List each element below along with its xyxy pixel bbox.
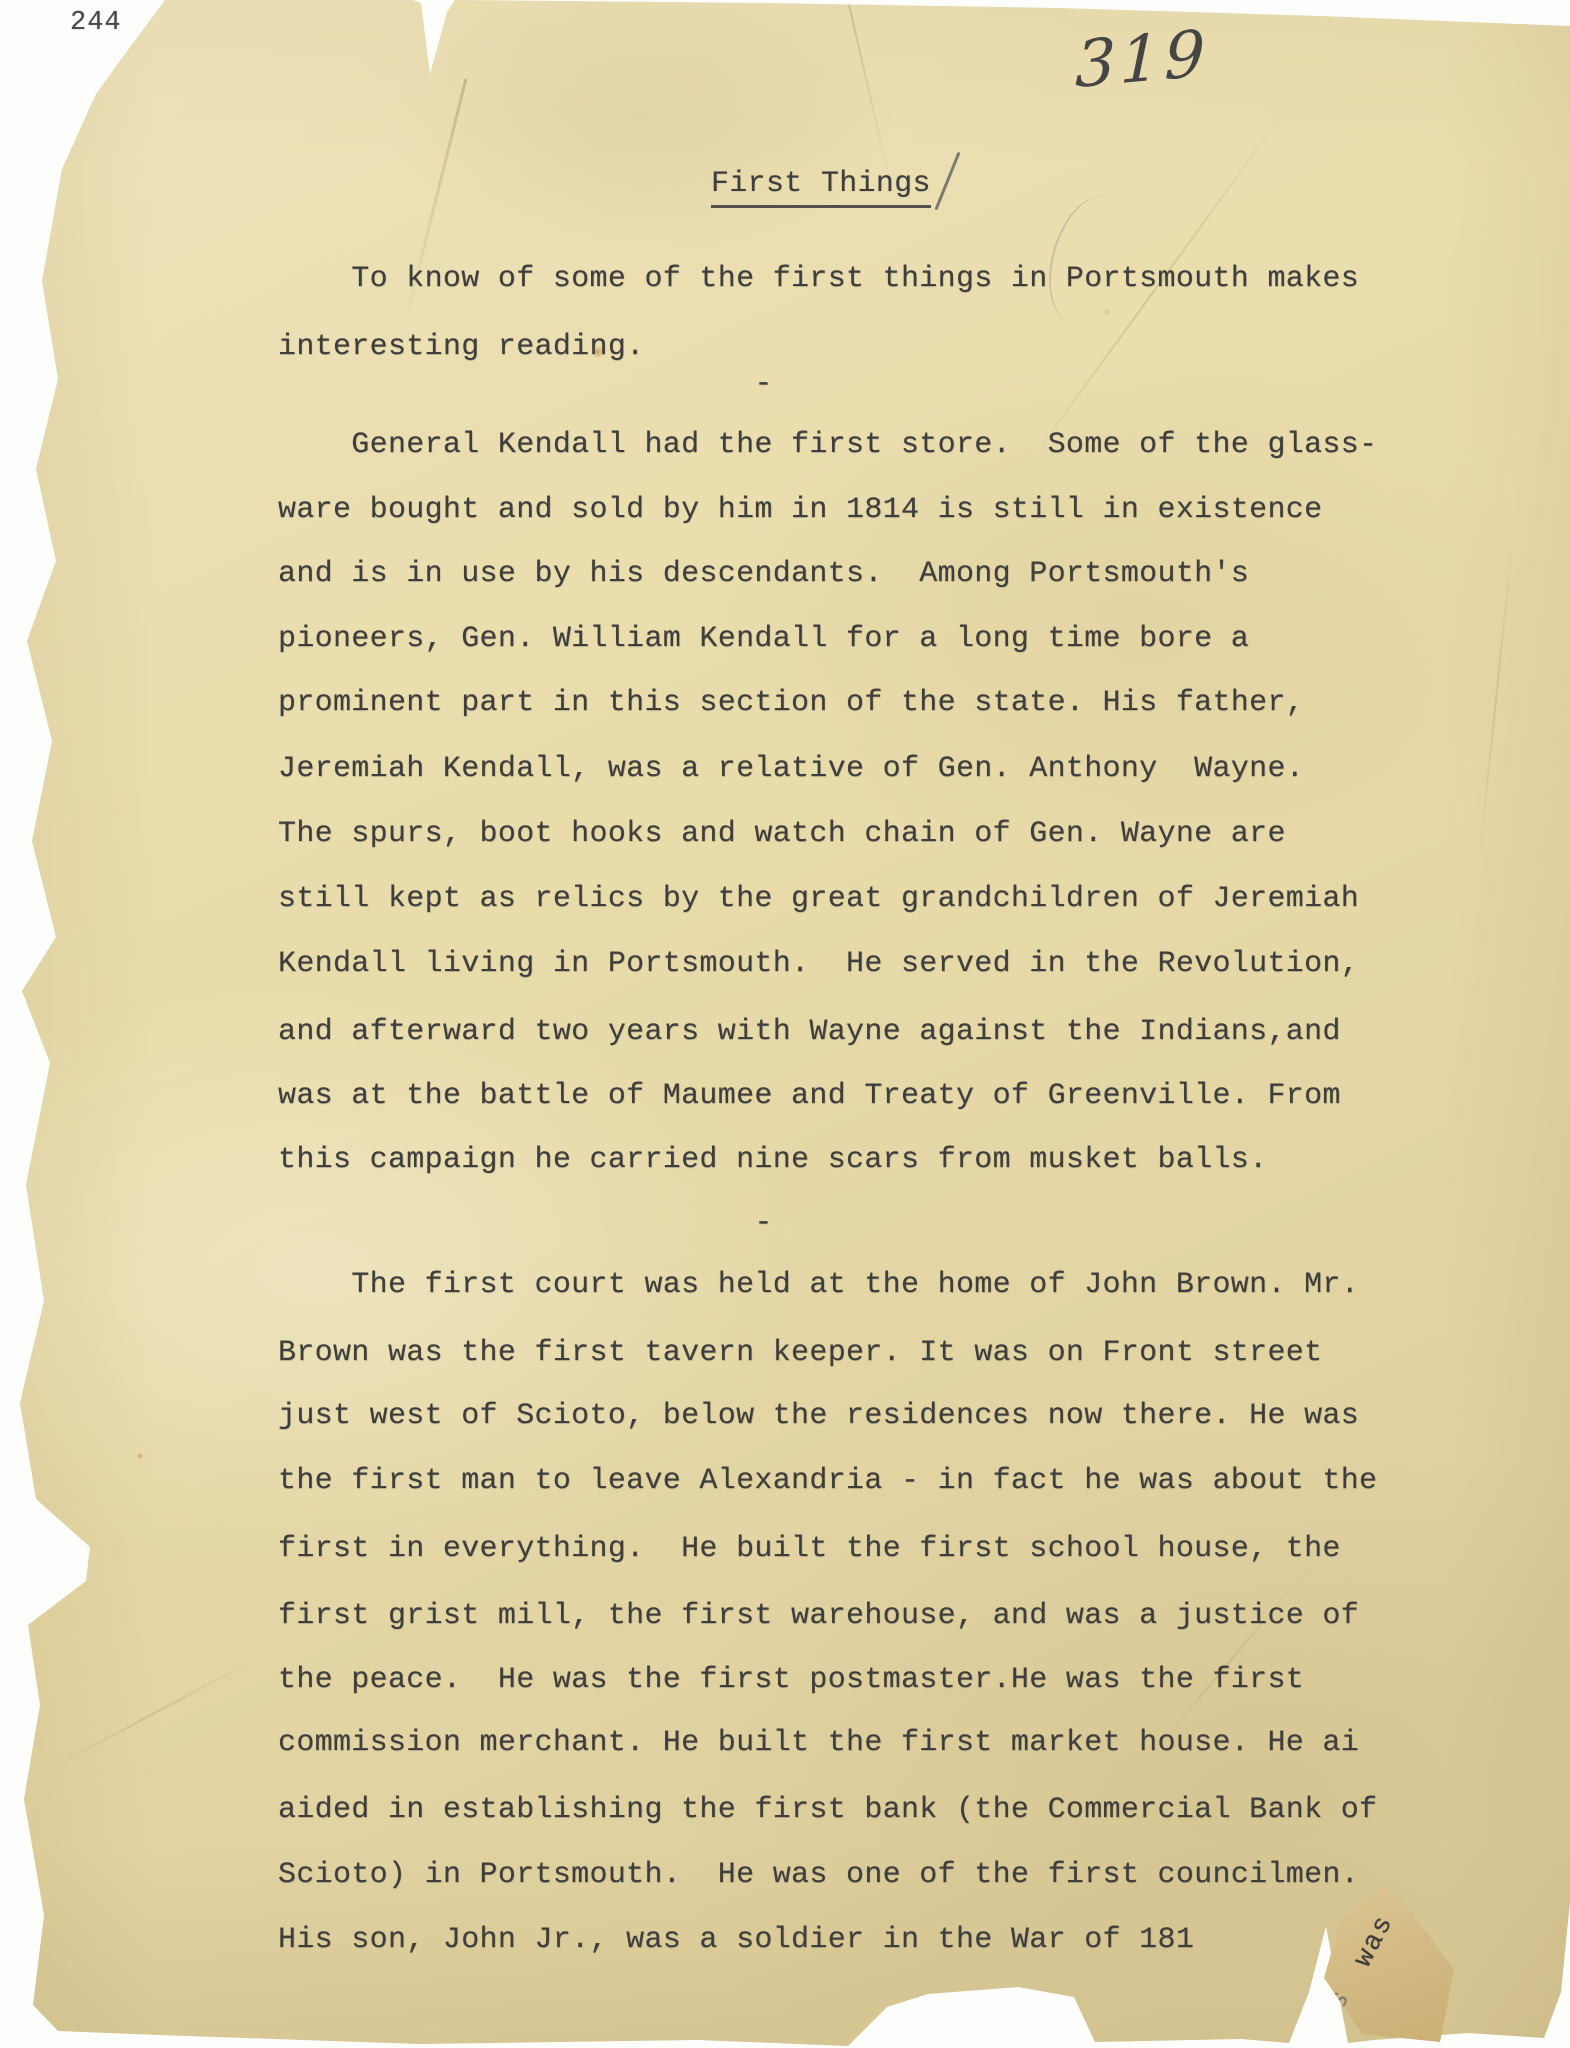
- typed-line: just west of Scioto, below the residence…: [278, 1400, 1359, 1432]
- paper-sheet: 319 First Things To know of some of the …: [0, 0, 1570, 2048]
- typed-line: -: [278, 368, 773, 400]
- typed-line: Kendall living in Portsmouth. He served …: [278, 948, 1359, 980]
- typed-line: General Kendall had the first store. Som…: [278, 429, 1377, 461]
- typed-line: commission merchant. He built the first …: [278, 1727, 1359, 1759]
- typed-line: the first man to leave Alexandria - in f…: [278, 1465, 1377, 1497]
- typed-line: To know of some of the first things in P…: [278, 263, 1359, 295]
- typed-line: and afterward two years with Wayne again…: [278, 1016, 1341, 1048]
- typed-line: aided in establishing the first bank (th…: [278, 1794, 1377, 1826]
- typed-line: The first court was held at the home of …: [278, 1269, 1359, 1301]
- typed-line: first grist mill, the first warehouse, a…: [278, 1600, 1359, 1632]
- typed-line: was at the battle of Maumee and Treaty o…: [278, 1080, 1341, 1112]
- fragment-text: was: [1351, 1911, 1400, 1972]
- typed-line: -: [278, 1207, 773, 1239]
- typed-line: prominent part in this section of the st…: [278, 687, 1304, 719]
- typed-line: interesting reading.: [278, 331, 644, 363]
- typed-line: this campaign he carried nine scars from…: [278, 1144, 1267, 1176]
- typed-body: To know of some of the first things in P…: [0, 0, 1570, 2048]
- typed-line: His son, John Jr., was a soldier in the …: [278, 1924, 1194, 1956]
- typed-line: still kept as relics by the great grandc…: [278, 883, 1359, 915]
- typed-line: ware bought and sold by him in 1814 is s…: [278, 494, 1322, 526]
- typed-line: Jeremiah Kendall, was a relative of Gen.…: [278, 753, 1304, 785]
- typed-line: The spurs, boot hooks and watch chain of…: [278, 818, 1286, 850]
- document-scan: 244 319 First Things To know of some of …: [0, 0, 1570, 2048]
- fragment-text-partial: s: [1322, 1985, 1356, 2016]
- typed-line: first in everything. He built the first …: [278, 1533, 1341, 1565]
- typed-line: and is in use by his descendants. Among …: [278, 558, 1249, 590]
- typed-line: Scioto) in Portsmouth. He was one of the…: [278, 1859, 1359, 1891]
- corner-page-number: 244: [70, 8, 122, 38]
- typed-line: pioneers, Gen. William Kendall for a lon…: [278, 623, 1249, 655]
- typed-line: the peace. He was the first postmaster.H…: [278, 1664, 1304, 1696]
- typed-line: Brown was the first tavern keeper. It wa…: [278, 1337, 1322, 1369]
